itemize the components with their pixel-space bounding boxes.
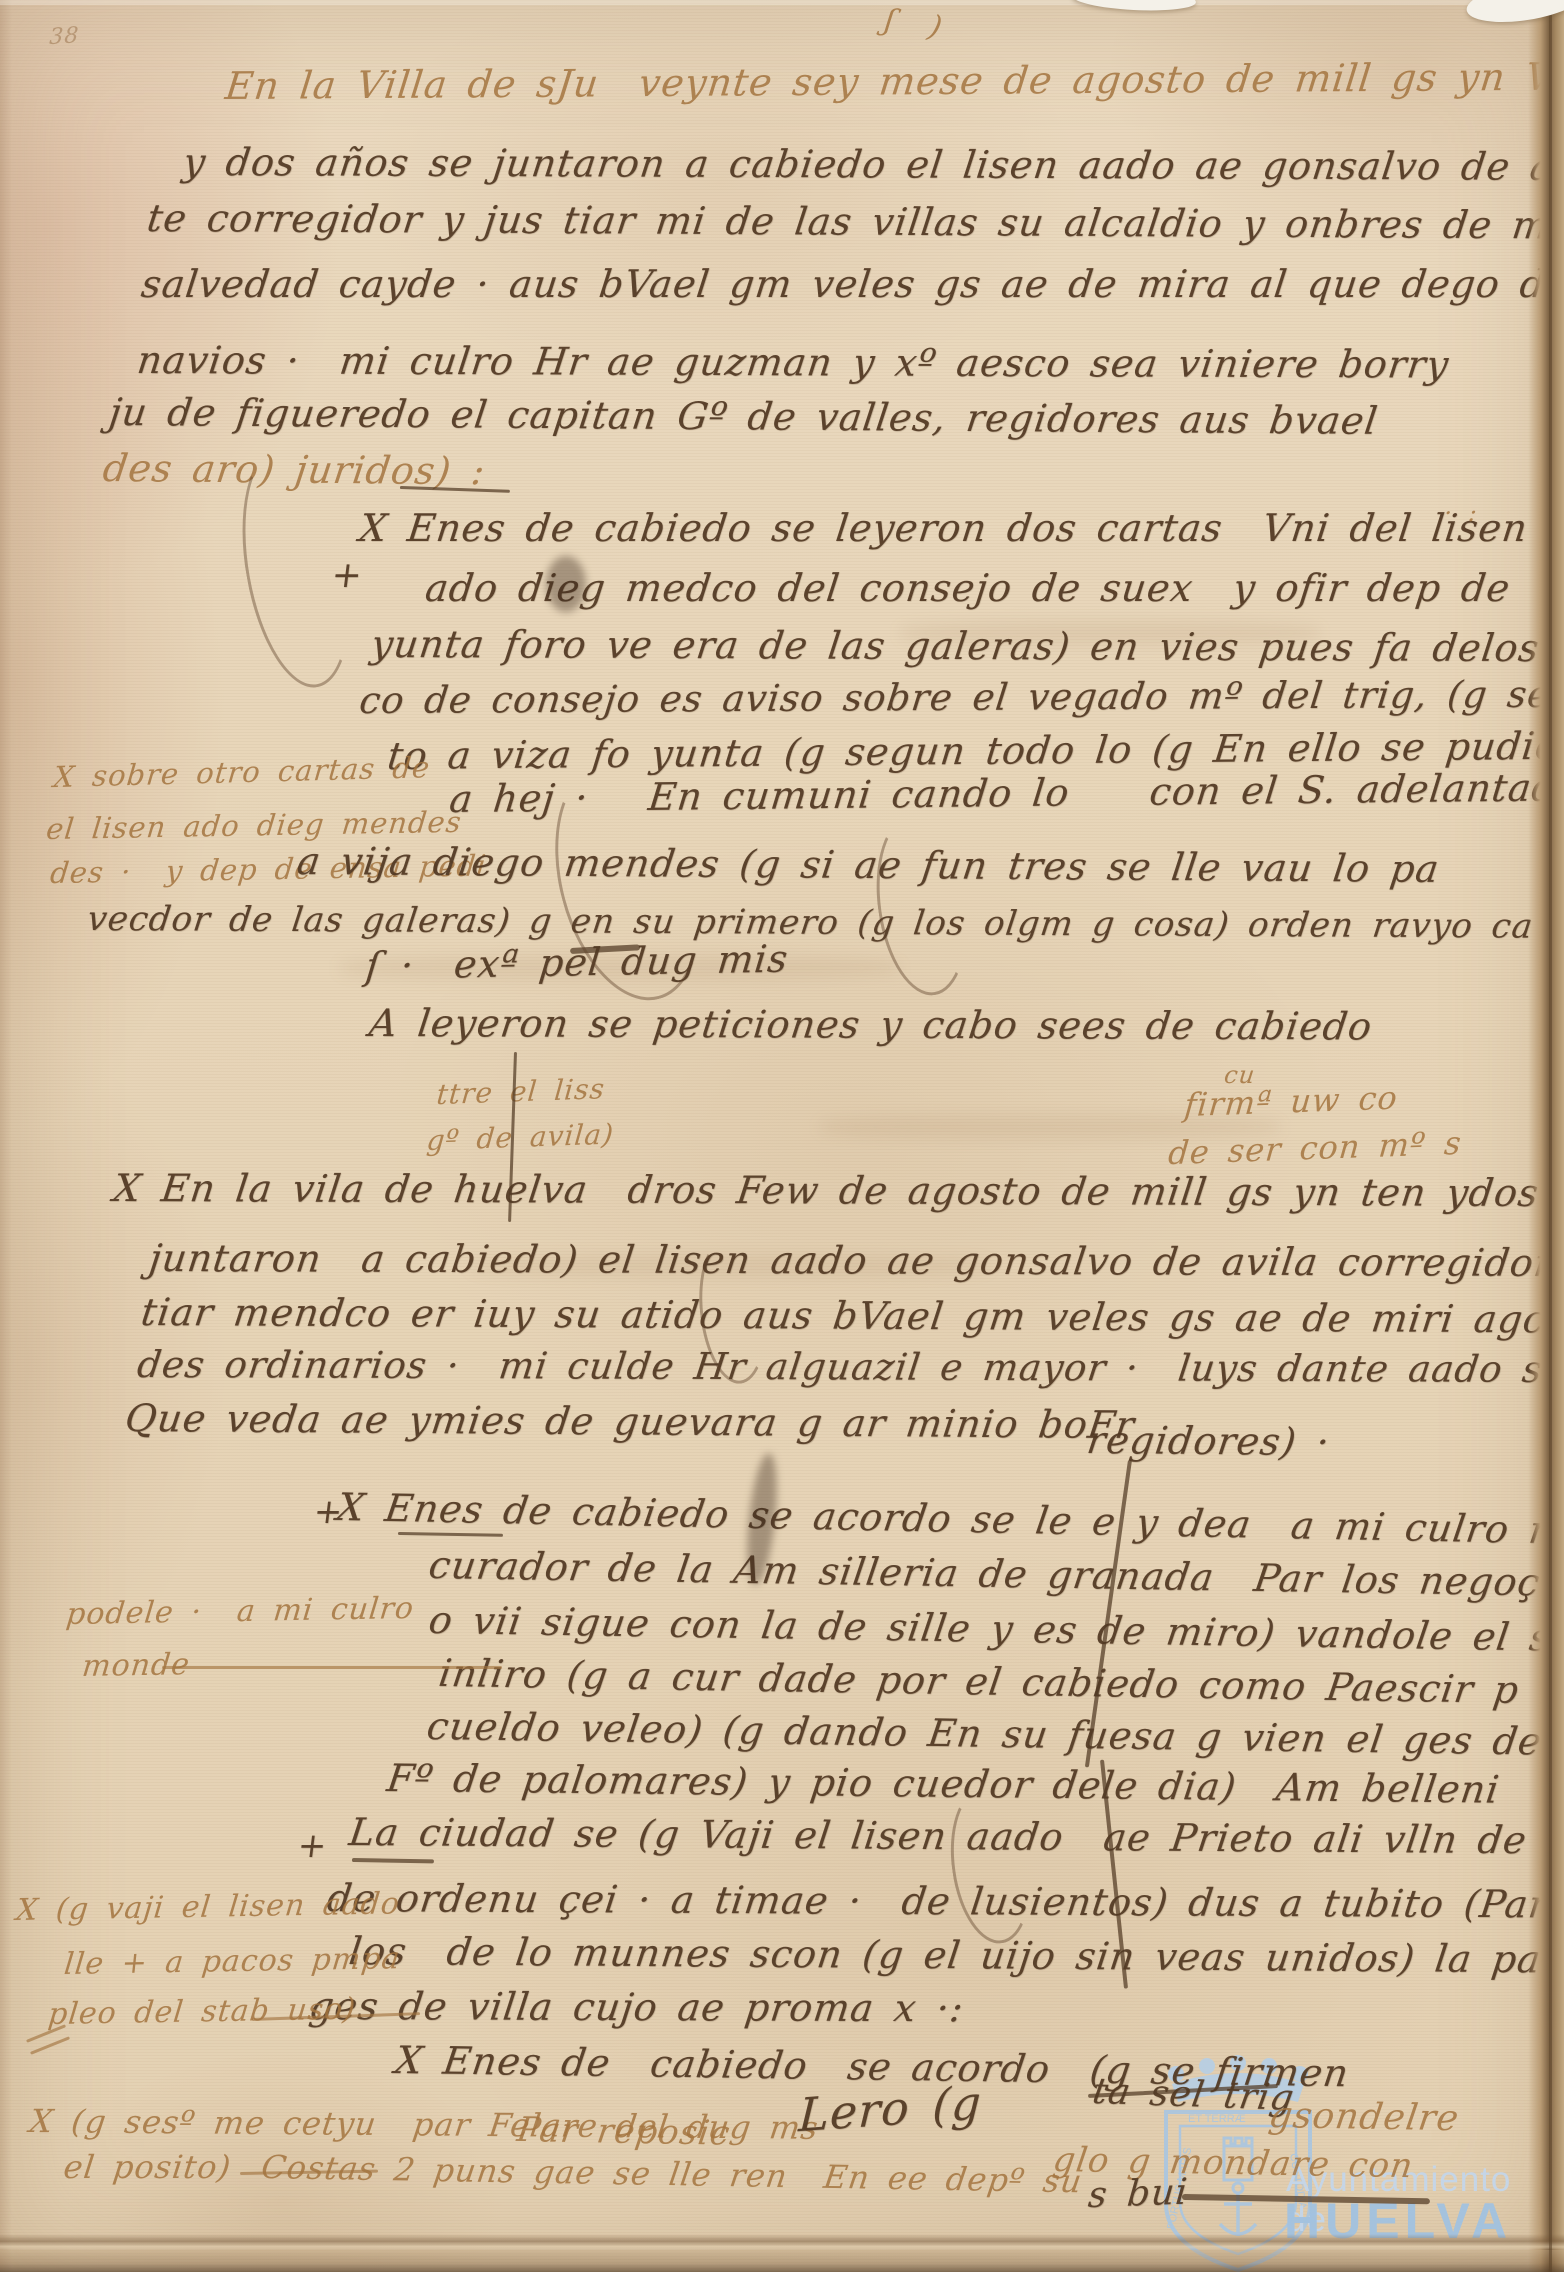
manuscript-line: ſ · exª pel dug mis [364,939,791,988]
manuscript-line: el posito) [62,2150,234,2185]
manuscript-line: Lero (g [797,2077,983,2141]
manuscript-line: y dos años se juntaron a cabiedo el lise… [181,142,1564,189]
manuscript-line: curador de la Am silleria de granada Par… [426,1545,1564,1608]
manuscript-line: X sobre otro cartas de [52,752,432,794]
manuscript-line: X En la vila de huelva dros Few de agost… [111,1168,1564,1215]
manuscript-line: ʃ ) [881,4,946,44]
ink-stroke [1182,2194,1430,2204]
manuscript-line: Costas 2 puns gae se lle ren En ee depº … [259,2150,1085,2199]
manuscript-line: ado dieg medco del consejo de suex y ofi… [423,568,1513,610]
manuscript-line: lle + a pacos pmpa [63,1942,403,1981]
manuscript-line: X Enes de cabiedo se leyeron dos cartas … [357,508,1530,550]
manuscript-line: des ordinarios · mi culde Hr alguazil e … [135,1345,1564,1391]
ink-stroke [352,1858,434,1863]
manuscript-line: En la Villa de sJu veynte sey mese de ag… [223,56,1564,108]
bottom-fold-crease [0,2234,1564,2250]
manuscript-line: a vija diego mendes (g si ae fun tres se… [295,841,1442,891]
manuscript-line: de ordenu çei · a timae · de lusientos) … [325,1878,1564,1927]
manuscript-line: regidores) · [1085,1420,1333,1464]
manuscript-line: ges de villa cujo ae proma x ·: [307,1986,966,2030]
manuscript-line: juntaron a cabiedo) el lisen aado ae gon… [147,1238,1564,1285]
manuscript-line: navios · mi culro Hr ae guzman y xº aesc… [135,340,1452,386]
manuscript-line: gº de avila) [425,1119,615,1156]
manuscript-line: los de lo munnes scon (g el uijo sin vea… [347,1931,1564,1981]
manuscript-line: · : [1443,500,1480,526]
manuscript-line: cueldo veleo) (g dando En su fuesa g vie… [424,1706,1564,1766]
manuscript-line: tiar mendco er iuy su atido aus bVael gm… [139,1292,1564,1341]
manuscript-line: podele · a mi culro [65,1592,416,1631]
manuscript-line: Par reposic [515,2112,733,2153]
manuscript-line: firmª uw co [1183,1081,1399,1124]
manuscript-page: ET TERRÆ PORTUS MARIS CUSTODIA Ayuntamie… [0,0,1564,2272]
binding-edge [1528,0,1564,2272]
ink-stroke [162,1666,502,1669]
flourish-loop [942,1783,1041,1948]
handwriting-layer: 38ʃ )En la Villa de sJu veynte sey mese … [0,0,1564,2272]
manuscript-line: gsondelre [1266,2096,1461,2139]
flourish-loop [866,810,978,1001]
manuscript-line: ju de figueredo el capitan Gº de valles,… [107,392,1381,443]
manuscript-line: X (g vaji el lisen aado [15,1887,402,1927]
manuscript-line: ttre el liss [435,1074,606,1111]
manuscript-line: inliro (g a cur dade por el cabiedo como… [436,1653,1564,1713]
page-bottom-edge [0,2250,1564,2272]
manuscript-line: Fº de palomares) y pio cuedor dele dia) … [384,1758,1502,1811]
ink-blot [546,556,586,612]
manuscript-line: de ser con mº s [1167,1126,1463,1172]
page-left-edge [0,0,12,2272]
page-top-edge [0,0,1564,5]
manuscript-line: yunta foro ve era de las galeras) en vie… [369,624,1564,670]
manuscript-line: te corregidor y jus tiar mi de las villa… [145,198,1564,247]
manuscript-line: + [295,1828,329,1865]
manuscript-line: co de consejo es aviso sobre el vegado m… [357,673,1564,721]
manuscript-line: pleo del stab uso) [47,1993,358,2031]
manuscript-line: A leyeron se peticiones y cabo sees de c… [367,1003,1375,1048]
manuscript-line: s bui [1087,2173,1190,2216]
manuscript-line: vecdor de las galeras) g en su primero (… [85,901,1564,947]
ink-stroke [398,1532,503,1537]
binding-edge-line [1549,0,1552,2272]
manuscript-line: Que veda ae ymies de guevara g ar minio … [123,1398,1138,1447]
manuscript-line: 38 [49,24,80,50]
manuscript-line: salvedad cayde · aus bVael gm veles gs a… [139,264,1564,306]
